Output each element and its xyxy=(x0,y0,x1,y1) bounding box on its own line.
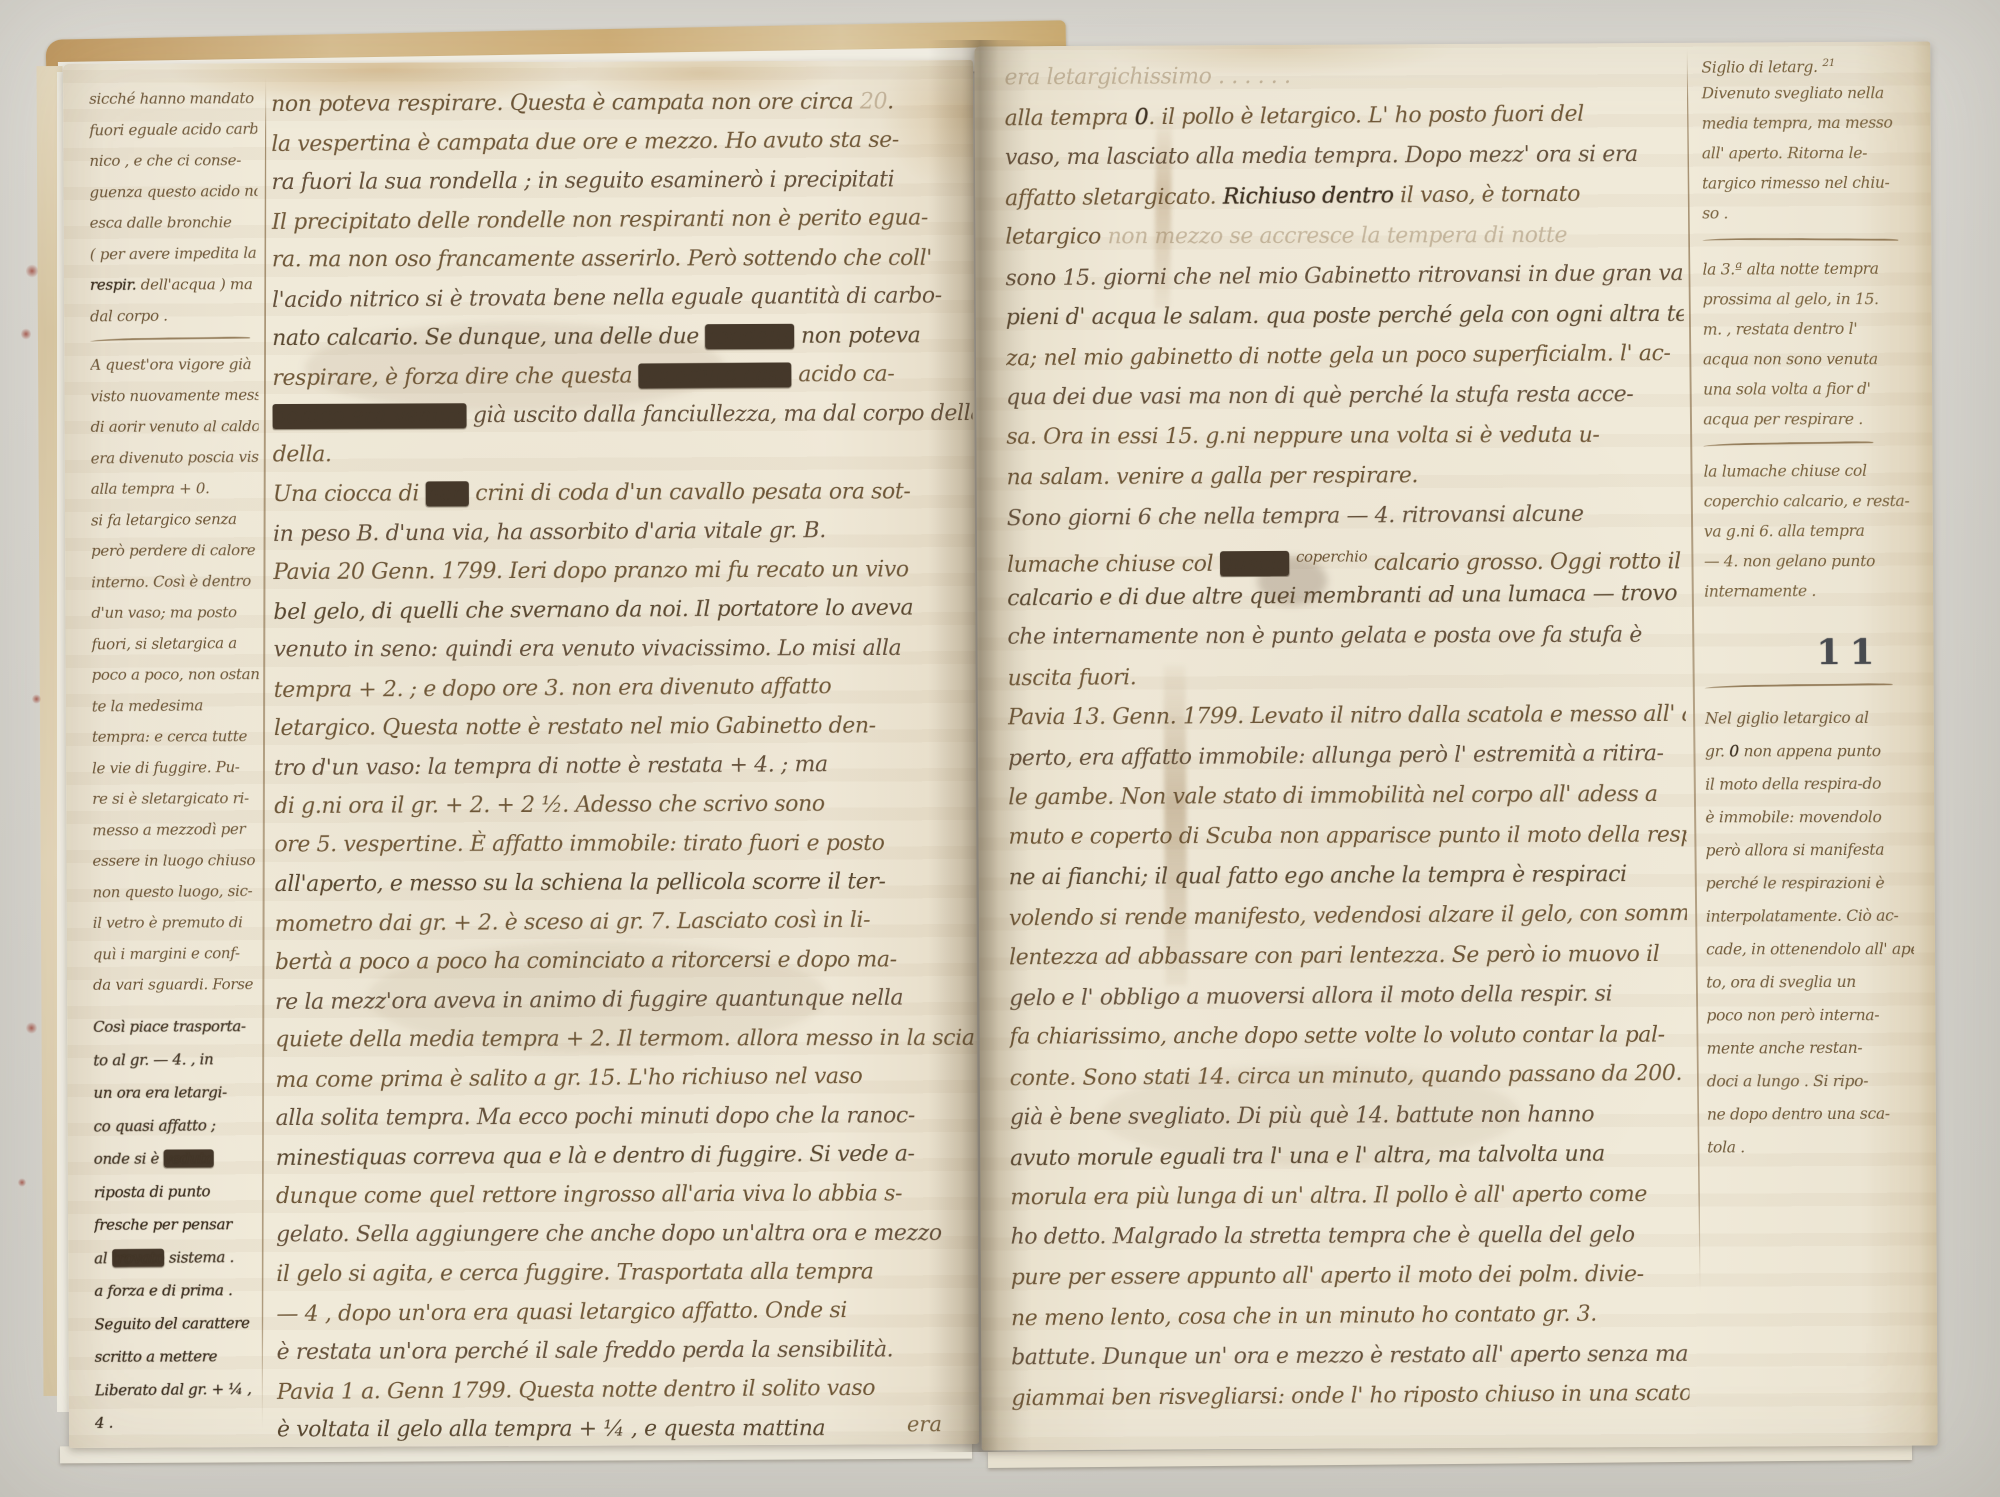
manuscript-line: Pavia 13. Genn. 1799. Levato il nitro da… xyxy=(1008,695,1686,739)
superscript-insertion: 21 xyxy=(1822,57,1835,69)
manuscript-line: cade, in ottenendolo all' aper- xyxy=(1706,933,1914,966)
manuscript-line: Divenuto svegliato nella xyxy=(1702,78,1910,108)
manuscript-line: so . xyxy=(1702,198,1910,228)
manuscript-line: di aorir venuto al caldo xyxy=(91,411,259,443)
manuscript-line: le gambe. Non vale stato di immobilità n… xyxy=(1008,775,1686,819)
red-stain xyxy=(26,1022,37,1034)
manuscript-line: non questo luogo, sic- xyxy=(92,876,260,909)
faded-ink: non mezzo se accresce la tempera di nott… xyxy=(1108,223,1568,249)
manuscript-line: bertà a poco a poco ha cominciato a rito… xyxy=(275,940,975,982)
superscript-insertion: coperchio xyxy=(1296,547,1367,565)
ink-blot: veduta xyxy=(164,1149,214,1167)
manuscript-line: all' aperto. Ritorna le- xyxy=(1702,138,1910,168)
manuscript-line: Pavia 1 a. Genn 1799. Questa notte dentr… xyxy=(277,1368,977,1412)
manuscript-line: tempra + 2. ; e dopo ore 3. non era dive… xyxy=(274,666,974,710)
manuscript-line: co quasi affatto ; xyxy=(93,1109,261,1144)
ink-blot: neri xyxy=(425,481,468,506)
manuscript-line: messo a mezzodì per xyxy=(92,814,260,847)
manuscript-line: Una ciocca di neri crini di coda d'un ca… xyxy=(273,472,973,514)
manuscript-line: to al gr. — 4. , in xyxy=(93,1043,261,1078)
manuscript-line: mometro dai gr. + 2. è sceso ai gr. 7. L… xyxy=(275,900,975,944)
manuscript-line: tola . xyxy=(1707,1131,1915,1164)
red-stain xyxy=(21,328,31,340)
manuscript-line: doci a lungo . Si ripo- xyxy=(1707,1065,1915,1098)
manuscript-line: calcario e di due altre quei membranti a… xyxy=(1007,574,1685,619)
manuscript-line: il gelo si agita, e cerca fuggire. Trasp… xyxy=(276,1252,976,1294)
dark-ink: Richiuso dentro xyxy=(1223,183,1394,209)
manuscript-line: venuto in seno: quindi era venuto vivaci… xyxy=(273,629,973,670)
manuscript-line: ra. ma non oso francamente asserirlo. Pe… xyxy=(272,239,972,280)
manuscript-line: ne meno lento, cosa che in un minuto ho … xyxy=(1011,1294,1689,1339)
column-rule xyxy=(261,77,267,1429)
column-rule xyxy=(1686,49,1701,1293)
left-margin-column: sicché hanno mandatofuori eguale acido c… xyxy=(89,83,263,1440)
manuscript-line: tempra: e cerca tutte xyxy=(92,721,260,753)
manuscript-line: perto, era affatto immobile: allunga per… xyxy=(1008,734,1686,779)
hand-drawn-rule xyxy=(1702,238,1898,243)
manuscript-line: respir. dell'acqua ) ma xyxy=(90,269,258,301)
manuscript-line: coperchio calcario, e resta- xyxy=(1704,486,1912,516)
manuscript-line: in peso B. d'una via, ha assorbito d'ari… xyxy=(273,510,973,554)
manuscript-line: fuori eguale acido carbo- xyxy=(89,114,257,147)
manuscript-line: quiete della media tempra + 2. Il termom… xyxy=(275,1019,975,1060)
right-page: era letargichissimo . . . . . .alla temp… xyxy=(974,42,1937,1451)
dark-ink: riposta di punto xyxy=(94,1182,211,1201)
dark-ink: fresche per pensar xyxy=(94,1215,232,1234)
manuscript-line: ne dopo dentro una sca- xyxy=(1707,1098,1915,1132)
manuscript-line: della. xyxy=(273,434,973,475)
margin-note-block-heavy: Così piace trasporta-to al gr. — 4. , in… xyxy=(93,1010,263,1440)
manuscript-line: alla solita tempra. Ma ecco pochi minuti… xyxy=(276,1096,976,1138)
margin-note-block: Nel giglio letargico algr. 0 non appena … xyxy=(1705,702,1915,1165)
dark-ink: Seguito del carattere xyxy=(94,1314,249,1333)
hand-drawn-rule xyxy=(90,336,250,342)
manuscript-line: d'un vaso; ma posto xyxy=(91,597,259,629)
manuscript-line: l'acido nitrico si è trovata bene nella … xyxy=(272,276,972,320)
manuscript-line: ne ai fianchi; il qual fatto ego anche l… xyxy=(1009,855,1687,899)
dark-ink: a forza e di prima . xyxy=(94,1281,232,1300)
dark-ink: scritto a mettere xyxy=(95,1347,218,1366)
manuscript-line: una sola volta a fior d' xyxy=(1703,374,1911,405)
manuscript-line: la lumache chiuse col xyxy=(1703,456,1911,487)
manuscript-line: sono 15. giorni che nel mio Gabinetto ri… xyxy=(1005,254,1683,299)
manuscript-line: esca dalle bronchie xyxy=(90,207,258,239)
manuscript-line: fresche per pensar xyxy=(94,1208,262,1242)
manuscript-line: è immobile: movendolo xyxy=(1705,801,1913,834)
page-number-stamp: 11 xyxy=(1816,632,1883,673)
manuscript-line: la vespertina è campata due ore e mezzo.… xyxy=(271,120,971,164)
faded-ink: 20 xyxy=(860,89,887,114)
manuscript-line: internamente . xyxy=(1704,576,1912,607)
manuscript-line: sa. Ora in essi 15. g.ni neppure una vol… xyxy=(1006,416,1684,458)
manuscript-line: gelo e l' obbligo a muoversi allora il m… xyxy=(1009,974,1687,1019)
right-margin-column: Siglio di letarg. 21Divenuto svegliato n… xyxy=(1701,48,1915,1165)
manuscript-line: battute. Dunque un' ora e mezzo è restat… xyxy=(1011,1335,1689,1379)
manuscript-line: m. , restata dentro l' xyxy=(1703,314,1911,345)
manuscript-line: poco non però interna- xyxy=(1706,999,1914,1032)
faded-ink: era letargichissimo . . . . . . xyxy=(1004,64,1290,90)
manuscript-line: da vari sguardi. Forse xyxy=(93,969,261,1001)
manuscript-line: perché le respirazioni è xyxy=(1706,867,1914,900)
manuscript-line: alla tempra 0. il pollo è letargico. L' … xyxy=(1005,94,1683,139)
manuscript-line: respirare, è forza dire che questa accad… xyxy=(272,354,972,398)
manuscript-line: Pavia 20 Genn. 1799. Ieri dopo pranzo mi… xyxy=(273,550,973,592)
manuscript-line: — 4. non gelano punto xyxy=(1704,546,1912,576)
manuscript-line: lentezza ad abbassare con pari lentezza.… xyxy=(1009,935,1687,979)
manuscript-line: acqua per respirare . xyxy=(1703,404,1911,434)
manuscript-line: interpolatamente. Ciò ac- xyxy=(1706,900,1914,934)
ink-blot: bonico era venuto xyxy=(272,403,466,429)
manuscript-line: vaso, ma lasciato alla media tempra. Dop… xyxy=(1005,135,1683,179)
manuscript-line: za; nel mio gabinetto di notte gela un p… xyxy=(1006,334,1684,379)
manuscript-line: onde si è veduta xyxy=(94,1142,262,1176)
manuscript-line: bel gelo, di quelli che svernano da noi.… xyxy=(273,588,973,632)
manuscript-line: bonico era venuto già uscito dalla fanci… xyxy=(272,394,972,436)
ink-blot: rondelle xyxy=(705,324,794,349)
manuscript-line: interno. Così è dentro xyxy=(91,566,259,599)
dark-ink: respir. xyxy=(90,276,136,294)
manuscript-line: media tempra, ma messo xyxy=(1702,108,1910,139)
ink-blot: trovato xyxy=(112,1249,165,1268)
manuscript-line: targico rimesso nel chiu- xyxy=(1702,168,1910,199)
manuscript-line: è voltata il gelo alla tempra + ¼ , e qu… xyxy=(277,1409,977,1450)
left-main-column: non poteva respirare. Questa è campata n… xyxy=(271,82,977,1450)
manuscript-line: nato calcario. Se dunque, una delle due … xyxy=(272,316,972,358)
manuscript-line: — 4 , dopo un'ora era quasi letargico af… xyxy=(276,1290,976,1334)
manuscript-line: però perdere di calore xyxy=(91,535,259,567)
red-stain xyxy=(18,1178,26,1187)
manuscript-line: era letargichissimo . . . . . . xyxy=(1004,55,1682,99)
manuscript-line: pure per essere appunto all' aperto il m… xyxy=(1011,1255,1689,1299)
manuscript-line: quì i margini e conf- xyxy=(93,938,261,971)
manuscript-line: na salam. venire a galla per respirare. xyxy=(1006,455,1684,499)
manuscript-line: guenza questo acido non xyxy=(89,176,257,209)
manuscript-line: gr. 0 non appena punto xyxy=(1705,735,1913,768)
manuscript-line: te la medesima xyxy=(92,690,260,723)
manuscript-line: ho detto. Malgrado la stretta tempra che… xyxy=(1011,1215,1689,1257)
page-number-cell: 11 xyxy=(1704,606,1912,685)
manuscript-line: scritto a mettere xyxy=(95,1340,263,1374)
manuscript-line: Sono giorni 6 che nella tempra — 4. ritr… xyxy=(1007,494,1685,539)
manuscript-line: ma come prima è salito a gr. 15. L'ho ri… xyxy=(275,1056,975,1100)
dark-ink: 0 xyxy=(1135,105,1149,130)
manuscript-line: lumache chiuse col guscio coperchio calc… xyxy=(1007,535,1685,579)
dark-ink: Liberato dal gr. + ¼ , xyxy=(95,1380,252,1400)
left-page: sicché hanno mandatofuori eguale acido c… xyxy=(63,60,979,1448)
dark-ink: 4 . xyxy=(95,1414,113,1432)
manuscript-line: Liberato dal gr. + ¼ , xyxy=(95,1373,263,1408)
manuscript-line: però allora si manifesta xyxy=(1705,834,1913,868)
manuscript-line: giammai ben risvegliarsi: onde l' ho rip… xyxy=(1011,1374,1689,1419)
ink-blot: accaduto caso xyxy=(639,362,792,388)
manuscript-line: si fa letargico senza xyxy=(91,504,259,537)
manuscript-line: già è bene svegliato. Di più què 14. bat… xyxy=(1010,1095,1688,1139)
manuscript-line: Siglio di letarg. 21 xyxy=(1701,48,1909,79)
manuscript-line: Il precipitato delle rondelle non respir… xyxy=(272,198,972,242)
manuscript-line: essere in luogo chiuso xyxy=(92,845,260,877)
manuscript-line: minestiquas correva qua e là e dentro di… xyxy=(276,1134,976,1178)
manuscript-line: A quest'ora vigore già xyxy=(90,349,258,381)
manuscript-line: Seguito del carattere xyxy=(94,1307,262,1342)
right-main-column: era letargichissimo . . . . . .alla temp… xyxy=(1004,55,1689,1419)
manuscript-line: pieni d' acqua le salam. qua poste perch… xyxy=(1006,295,1684,339)
margin-note-block: A quest'ora vigore giàvisto nuovamente m… xyxy=(90,349,261,1001)
manuscript-line: a forza e di prima . xyxy=(94,1274,262,1308)
manuscript-line: dunque come quel rettore ingrosso all'ar… xyxy=(276,1174,976,1216)
manuscript-line: ( per avere impedita la xyxy=(90,238,258,271)
manuscript-line: il vetro è premuto di xyxy=(93,907,261,939)
manuscript-line: poco a poco, non ostan- xyxy=(92,659,260,691)
manuscript-line: va g.ni 6. alla tempra xyxy=(1704,516,1912,547)
manuscript-line: sicché hanno mandato xyxy=(89,83,257,115)
manuscript-line: conte. Sono stati 14. circa un minuto, q… xyxy=(1010,1054,1688,1099)
manuscript-line: ra fuori la sua rondella ; in seguito es… xyxy=(271,160,971,202)
manuscript-line: la 3.ª alta notte tempra xyxy=(1702,254,1910,285)
manuscript-line: ore 5. vespertine. È affatto immobile: t… xyxy=(274,824,974,865)
margin-note-block: la 3.ª alta notte tempraprossima al gelo… xyxy=(1702,254,1911,435)
manuscript-line: affatto sletargicato. Richiuso dentro il… xyxy=(1005,174,1683,219)
margin-note-block: sicché hanno mandatofuori eguale acido c… xyxy=(89,83,258,332)
manuscript-line: riposta di punto xyxy=(94,1175,262,1210)
margin-note-block: la lumache chiuse colcoperchio calcario,… xyxy=(1703,456,1912,607)
manuscript-line: Così piace trasporta- xyxy=(93,1010,261,1044)
manuscript-line: che internamente non è punto gelata e po… xyxy=(1007,616,1685,658)
red-stain xyxy=(32,694,41,704)
margin-note-block: Siglio di letarg. 21Divenuto svegliato n… xyxy=(1701,48,1910,229)
manuscript-line: dal corpo . xyxy=(90,300,258,333)
manuscript-line: acqua non sono venuta xyxy=(1703,344,1911,374)
manuscript-line: fuori, si sletargica a xyxy=(91,628,259,661)
manuscript-line: 4 . xyxy=(95,1406,263,1440)
manuscript-line: nico , e che ci conse- xyxy=(89,145,257,177)
manuscript-line: re la mezz'ora aveva in animo di fuggire… xyxy=(275,978,975,1022)
manuscript-line: un ora era letargi- xyxy=(93,1076,261,1110)
manuscript-line: prossima al gelo, in 15. xyxy=(1703,284,1911,314)
manuscript-line: il moto della respira-do xyxy=(1705,768,1913,802)
red-stain xyxy=(26,264,38,278)
manuscript-line: non poteva respirare. Questa è campata n… xyxy=(271,82,971,124)
manuscript-line: le vie di fuggire. Pu- xyxy=(92,752,260,785)
manuscript-line: letargico. Questa notte è restato nel mi… xyxy=(274,706,974,748)
hand-drawn-rule xyxy=(1703,441,1873,447)
manuscript-line: uscita fuori. xyxy=(1007,654,1685,699)
manuscript-line: avuto morule eguali tra l' una e l' altr… xyxy=(1010,1134,1688,1179)
manuscript-line: muto e coperto di Scuba non apparisce pu… xyxy=(1008,816,1686,858)
manuscript-line: to, ora di sveglia un xyxy=(1706,966,1914,1000)
manuscript-line: fa chiarissimo, anche dopo sette volte l… xyxy=(1009,1016,1687,1058)
manuscript-line: alla tempra + 0. xyxy=(91,473,259,505)
dark-ink: 0 xyxy=(1729,742,1739,760)
catchword: era xyxy=(907,1412,942,1436)
manuscript-line: volendo si rende manifesto, vedendosi al… xyxy=(1009,894,1687,939)
manuscript-line: è restata un'ora perché il sale freddo p… xyxy=(277,1330,977,1372)
manuscript-line: di g.ni ora il gr. + 2. + 2 ½. Adesso ch… xyxy=(274,784,974,826)
manuscript-line: re si è sletargicato ri- xyxy=(92,783,260,815)
manuscript-line: letargico non mezzo se accresce la tempe… xyxy=(1005,216,1683,258)
ink-blot: guscio xyxy=(1220,551,1290,576)
manuscript-line: al trovato sistema . xyxy=(94,1241,262,1276)
manuscript-line: visto nuovamente messo xyxy=(90,380,258,413)
manuscript-line: all'aperto, e messo su la schiena la pel… xyxy=(274,862,974,904)
manuscript-line: tro d'un vaso: la tempra di notte è rest… xyxy=(274,744,974,788)
manuscript-line: mente anche restan- xyxy=(1707,1032,1915,1066)
manuscript-line: Nel giglio letargico al xyxy=(1705,702,1913,736)
manuscript-line: gelato. Sella aggiungere che anche dopo … xyxy=(276,1214,976,1255)
manuscript-line: qua dei due vasi ma non di què perché la… xyxy=(1006,375,1684,419)
manuscript-line: morula era più lunga di un' altra. Il po… xyxy=(1010,1175,1688,1219)
manuscript-line: era divenuto poscia vispo. xyxy=(91,442,259,475)
scanned-manuscript-spread: sicché hanno mandatofuori eguale acido c… xyxy=(0,0,2000,1497)
